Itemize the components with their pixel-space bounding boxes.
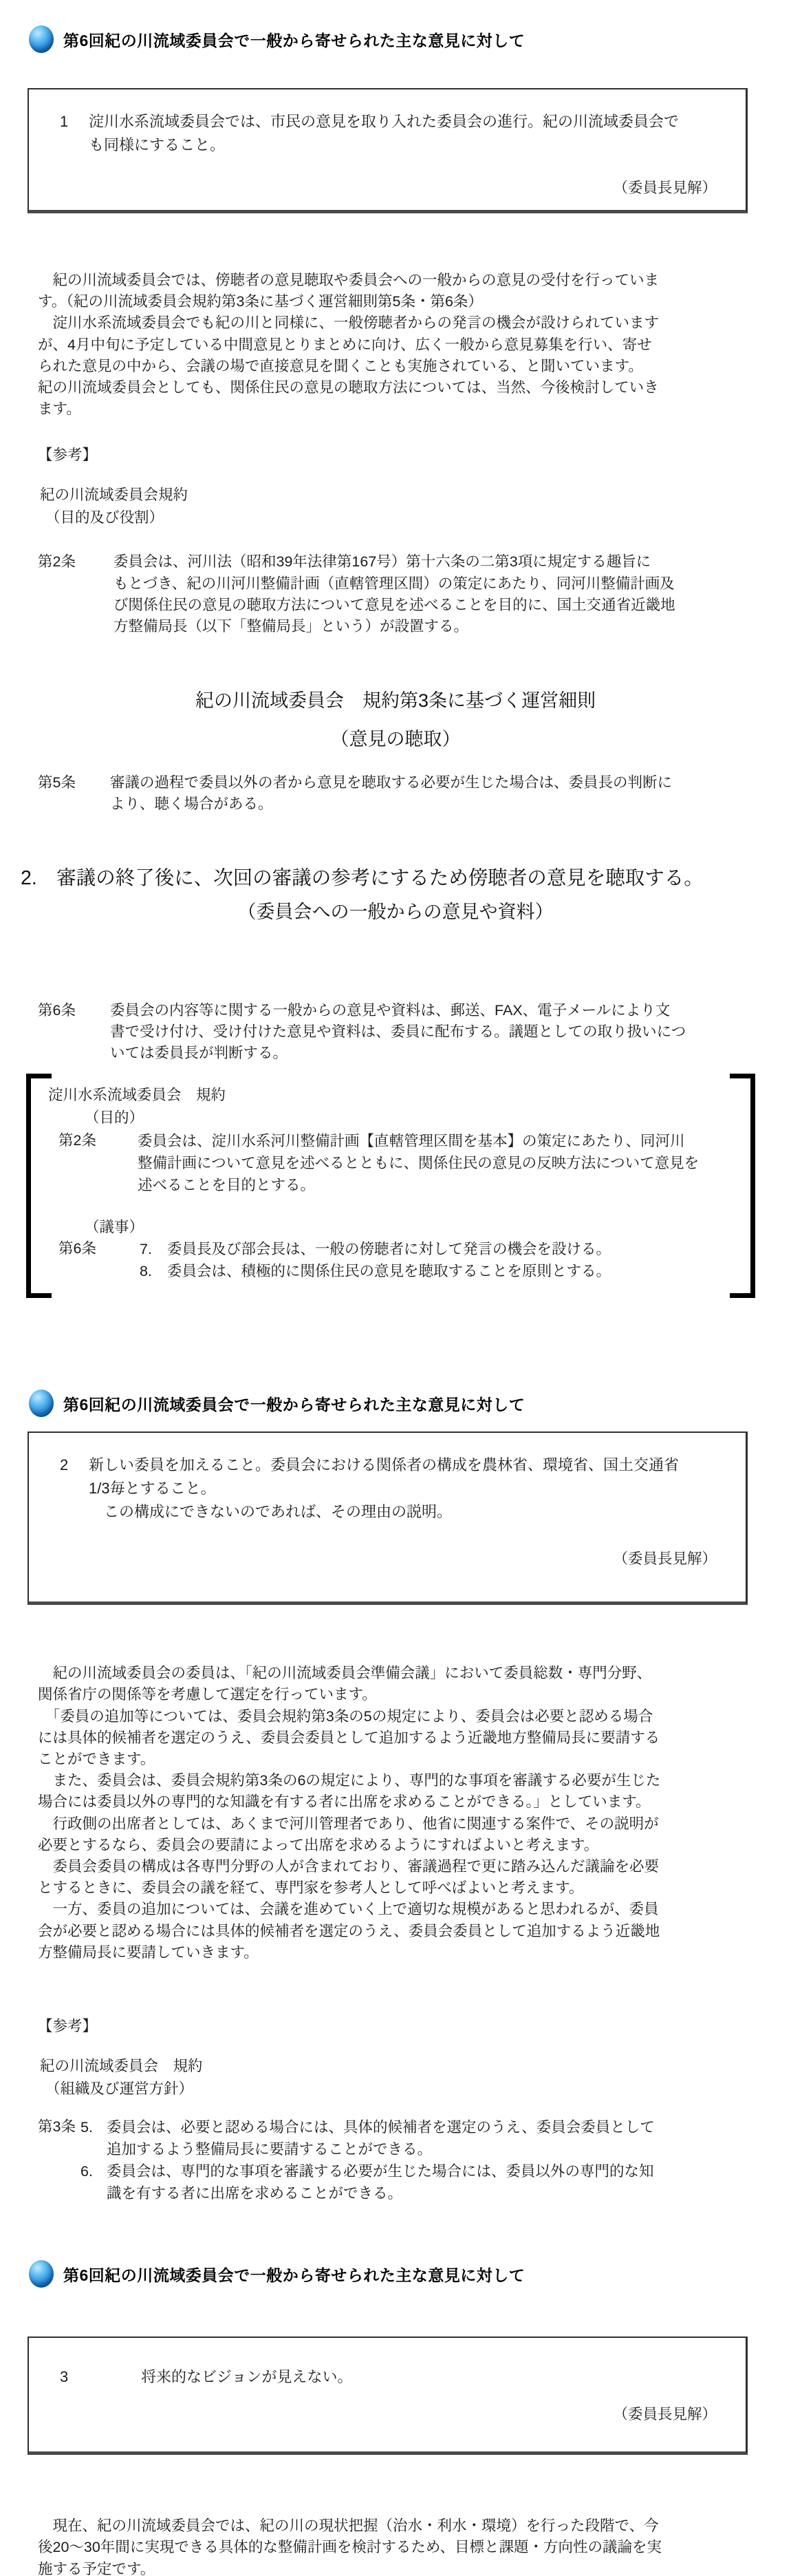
yodogawa-article6: 第6条 7. 委員長及び部会長は、一般の傍聴者に対して発言の機会を設ける。 8.… (58, 1238, 755, 1282)
section1-header: 第6回紀の川流域委員会で一般から寄せられた主な意見に対して (29, 25, 791, 54)
response1-paragraph: 紀の川流域委員会では、傍聴者の意見聴取や委員会への一般からの意見の受付を行ってい… (38, 270, 757, 420)
bylaw-subheading: （意見の聴取） (0, 725, 791, 753)
opinion-box-1: 1 淀川水系流域委員会では、市民の意見を取り入れた委員会の進行。紀の川流域委員会… (28, 88, 748, 213)
article2-text: 委員会は、河川法（昭和39年法律第167号）第十六条の二第3項に規定する趣旨に … (113, 551, 675, 637)
opinion2-attribution: （委員長見解） (60, 1548, 717, 1570)
opinion2-text: 新しい委員を加えること。委員会における関係者の構成を農林省、環境省、国土交通省 … (89, 1454, 679, 1524)
opinion3-attribution: （委員長見解） (60, 2404, 717, 2425)
yodogawa-rules-box: 淀川水系流域委員会 規約 （目的） 第2条 委員会は、淀川水系河川整備計画【直轄… (26, 1074, 755, 1298)
article2-label: 第2条 (38, 551, 113, 573)
reference1-label: 【参考】 (38, 445, 791, 466)
opinion1-row: 1 淀川水系流域委員会では、市民の意見を取り入れた委員会の進行。紀の川流域委員会… (60, 110, 717, 157)
opinion3-number: 3 (60, 2365, 141, 2389)
section2-header: 第6回紀の川流域委員会で一般から寄せられた主な意見に対して (29, 1389, 791, 1418)
article5-row: 第5条 審議の過程で委員以外の者から意見を聴取する必要が生じた場合は、委員長の判… (38, 772, 791, 815)
yodogawa-purpose-label: （目的） (85, 1107, 755, 1129)
item6-text: 委員会は、専門的な事項を審議する必要が生じた場合には、委員以外の専門的な知 識を… (107, 2160, 654, 2204)
yodogawa-article6-label: 第6条 (58, 1238, 140, 1259)
list-item: 8. 委員会は、積極的に関係住民の意見を聴取することを原則とする。 (140, 1260, 611, 1282)
article3-label: 第3条 (38, 2116, 80, 2138)
opinion1-number: 1 (60, 110, 89, 134)
item6-number: 6. (80, 2160, 107, 2182)
response3-paragraph: 現在、紀の川流域委員会では、紀の川の現状把握（治水・利水・環境）を行った段階で、… (38, 2515, 757, 2576)
yodogawa-article2-text: 委員会は、淀川水系河川整備計画【直轄管理区間を基本】の策定にあたり、同河川 整備… (138, 1130, 699, 1196)
item5-number: 5. (80, 2116, 107, 2138)
section1-title: 第6回紀の川流域委員会で一般から寄せられた主な意見に対して (63, 28, 525, 51)
opinion3-text: 将来的なビジョンが見えない。 (141, 2365, 353, 2389)
yodogawa-article2: 第2条 委員会は、淀川水系河川整備計画【直轄管理区間を基本】の策定にあたり、同河… (58, 1130, 755, 1196)
left-bracket-border (26, 1074, 52, 1298)
opinion2-number: 2 (60, 1454, 89, 1477)
reference1-article2: 第2条 委員会は、河川法（昭和39年法律第167号）第十六条の二第3項に規定する… (38, 551, 791, 637)
yodogawa-article6-items: 7. 委員長及び部会長は、一般の傍聴者に対して発言の機会を設ける。 8. 委員会… (140, 1238, 611, 1282)
list-item: 7. 委員長及び部会長は、一般の傍聴者に対して発言の機会を設ける。 (140, 1238, 611, 1260)
item7-number: 7. (140, 1238, 167, 1260)
right-bracket-border (730, 1074, 755, 1298)
section3-header-title: 第6回紀の川流域委員会で一般から寄せられた主な意見に対して (63, 2263, 525, 2286)
yodogawa-proceedings-label: （議事） (85, 1217, 755, 1238)
reference2-title: 紀の川流域委員会 規約 (40, 2056, 791, 2077)
yodogawa-box-title: 淀川水系流域委員会 規約 (48, 1085, 755, 1106)
article6-label: 第6条 (38, 1000, 110, 1021)
reference2-article3: 第3条 5. 委員会は、必要と認める場合には、具体的候補者を選定のうえ、委員会委… (38, 2116, 791, 2204)
blue-sphere-icon (29, 1390, 54, 1417)
opinion3-row: 3 将来的なビジョンが見えない。 (60, 2365, 717, 2389)
opinion1-text: 淀川水系流域委員会では、市民の意見を取り入れた委員会の進行。紀の川流域委員会で … (89, 110, 679, 157)
item8-text: 委員会は、積極的に関係住民の意見を聴取することを原則とする。 (167, 1260, 611, 1282)
article6-text: 委員会の内容等に関する一般からの意見や資料は、郵送、FAX、電子メールにより文 … (110, 1000, 686, 1065)
section3-header: 第6回紀の川流域委員会で一般から寄せられた主な意見に対して (29, 2259, 791, 2288)
opinion-box-2: 2 新しい委員を加えること。委員会における関係者の構成を農林省、環境省、国土交通… (28, 1431, 748, 1605)
reference2-label: 【参考】 (38, 2016, 791, 2037)
document-page: 第6回紀の川流域委員会で一般から寄せられた主な意見に対して 1 淀川水系流域委員… (0, 0, 791, 2576)
opinion2-row: 2 新しい委員を加えること。委員会における関係者の構成を農林省、環境省、国土交通… (60, 1454, 717, 1524)
bylaw-heading: 紀の川流域委員会 規約第3条に基づく運営細則 (0, 687, 791, 714)
list-item: 6. 委員会は、専門的な事項を審議する必要が生じた場合には、委員以外の専門的な知… (80, 2160, 655, 2204)
yodogawa-article2-label: 第2条 (58, 1130, 138, 1151)
opinion1-attribution: （委員長見解） (60, 178, 717, 199)
item5-text: 委員会は、必要と認める場合には、具体的候補者を選定のうえ、委員会委員として 追加… (107, 2116, 655, 2160)
section2-subtitle: （委員会への一般からの意見や資料） (0, 898, 791, 926)
article5-label: 第5条 (38, 772, 110, 794)
item8-number: 8. (140, 1260, 167, 1282)
article3-items: 5. 委員会は、必要と認める場合には、具体的候補者を選定のうえ、委員会委員として… (80, 2116, 655, 2204)
section2-header-title: 第6回紀の川流域委員会で一般から寄せられた主な意見に対して (63, 1392, 525, 1415)
opinion-box-3: 3 将来的なビジョンが見えない。 （委員長見解） (28, 2337, 748, 2455)
article5-text: 審議の過程で委員以外の者から意見を聴取する必要が生じた場合は、委員長の判断に よ… (110, 772, 672, 815)
reference1-subtitle: （目的及び役割） (45, 507, 791, 529)
reference1-title: 紀の川流域委員会規約 (40, 485, 791, 506)
section2-title: 2. 審議の終了後に、次回の審議の参考にするため傍聴者の意見を聴取する。 (21, 862, 791, 894)
blue-sphere-icon (29, 25, 54, 53)
item7-text: 委員長及び部会長は、一般の傍聴者に対して発言の機会を設ける。 (167, 1238, 611, 1260)
blue-sphere-icon (29, 2260, 54, 2288)
list-item: 5. 委員会は、必要と認める場合には、具体的候補者を選定のうえ、委員会委員として… (80, 2116, 655, 2160)
article6-row: 第6条 委員会の内容等に関する一般からの意見や資料は、郵送、FAX、電子メールに… (38, 1000, 791, 1065)
response2-paragraph: 紀の川流域委員会の委員は、「紀の川流域委員会準備会議」において委員総数・専門分野… (38, 1663, 757, 1963)
reference2-subtitle: （組織及び運営方針） (45, 2078, 791, 2100)
